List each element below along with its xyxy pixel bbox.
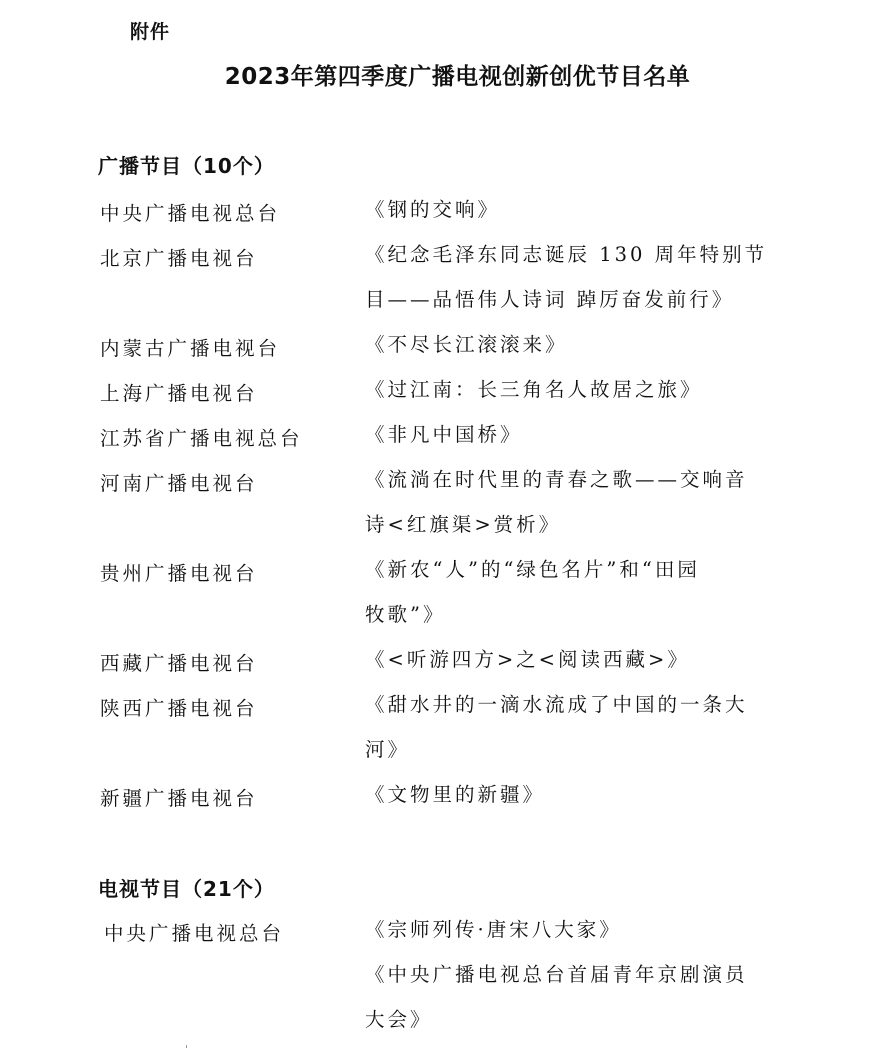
section-heading-radio: 广播节目（10个） [98, 150, 275, 179]
program-title-line: 《过江南：长三角名人故居之旅》 [365, 367, 785, 412]
program-title-line: 诗<红旗渠>赏析》 [365, 502, 785, 547]
section-heading-tv: 电视节目（21个） [98, 873, 275, 902]
scan-artifact [186, 1045, 187, 1048]
organization-name: 内蒙古广播电视台 [100, 333, 280, 361]
program-title-line: 《不尽长江滚滚来》 [365, 322, 785, 367]
program-title-line: 《非凡中国桥》 [365, 412, 785, 457]
organization-name: 江苏省广播电视总台 [100, 423, 303, 451]
program-title: 《非凡中国桥》 [365, 412, 785, 457]
document-title: 2023年第四季度广播电视创新创优节目名单 [0, 58, 881, 91]
program-title-line: 《宗师列传·唐宋八大家》 [365, 907, 785, 952]
program-title: 《纪念毛泽东同志诞辰 130 周年特别节 目——品悟伟人诗词 踔厉奋发前行》 [365, 232, 785, 322]
program-title-line: 《流淌在时代里的青春之歌——交响音 [365, 457, 785, 502]
program-title-line: 《新农“人”的“绿色名片”和“田园 [365, 547, 785, 592]
program-title-line: 河》 [365, 727, 785, 772]
organization-name: 西藏广播电视台 [100, 648, 258, 676]
program-title: 《新农“人”的“绿色名片”和“田园 牧歌”》 [365, 547, 785, 637]
program-title-line: 《甜水井的一滴水流成了中国的一条大 [365, 682, 785, 727]
program-title-line: 牧歌”》 [365, 592, 785, 637]
organization-name: 中央广播电视总台 [100, 198, 280, 226]
program-title-line: 《中央广播电视总台首届青年京剧演员 [365, 952, 785, 997]
organization-name: 新疆广播电视台 [100, 783, 258, 811]
program-title: 《钢的交响》 [365, 187, 785, 232]
program-title: 《过江南：长三角名人故居之旅》 [365, 367, 785, 412]
program-title-line: 《文物里的新疆》 [365, 772, 785, 817]
program-title-line: 《纪念毛泽东同志诞辰 130 周年特别节 [365, 232, 785, 277]
organization-name: 贵州广播电视台 [100, 558, 258, 586]
program-title-line: 大会》 [365, 997, 785, 1042]
program-title-line: 目——品悟伟人诗词 踔厉奋发前行》 [365, 277, 785, 322]
program-title-line: 《<听游四方>之<阅读西藏>》 [365, 637, 785, 682]
program-title: 《甜水井的一滴水流成了中国的一条大 河》 [365, 682, 785, 772]
program-title: 《<听游四方>之<阅读西藏>》 [365, 637, 785, 682]
program-title-line: 《钢的交响》 [365, 187, 785, 232]
attachment-label: 附件 [130, 17, 170, 44]
organization-name: 陕西广播电视台 [100, 693, 258, 721]
program-title: 《流淌在时代里的青春之歌——交响音 诗<红旗渠>赏析》 [365, 457, 785, 547]
program-title: 《宗师列传·唐宋八大家》 [365, 907, 785, 952]
organization-name: 上海广播电视台 [100, 378, 258, 406]
organization-name: 中央广播电视总台 [104, 918, 284, 946]
program-title: 《不尽长江滚滚来》 [365, 322, 785, 367]
organization-name: 北京广播电视台 [100, 243, 258, 271]
organization-name: 河南广播电视台 [100, 468, 258, 496]
program-title: 《中央广播电视总台首届青年京剧演员 大会》 [365, 952, 785, 1042]
program-title: 《文物里的新疆》 [365, 772, 785, 817]
